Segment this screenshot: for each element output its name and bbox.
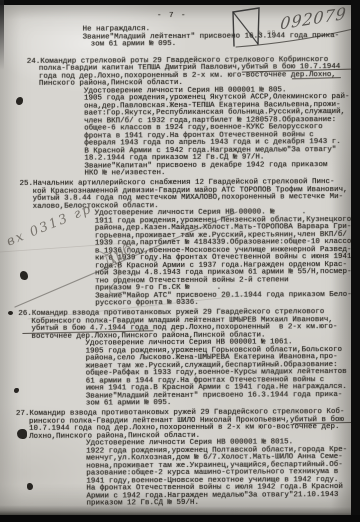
ink-blot xyxy=(8,311,13,315)
ink-blot xyxy=(17,429,27,439)
typewritten-text-layer: Не награждался.Звание"Младший лейтенант"… xyxy=(0,0,360,522)
document-scan: - 7 - Не награждался.Звание"Младший лейт… xyxy=(0,0,360,522)
scan-border-left-top xyxy=(0,0,4,70)
text-line: зом 61 армии № 095. xyxy=(86,400,172,408)
scan-border-top xyxy=(0,0,360,5)
text-line: убитый 3.8.44 года под местечком МИХАЛОВ… xyxy=(33,194,344,203)
text-line: зом 61 армии № 095. xyxy=(91,41,177,49)
text-line: русского фронта № 0336. xyxy=(95,300,199,308)
scan-border-bottom xyxy=(0,515,360,522)
scan-border-right xyxy=(351,0,360,522)
ink-blot xyxy=(27,483,33,490)
text-line: НКО № не/известен. xyxy=(84,170,165,177)
ink-blot xyxy=(20,271,28,280)
